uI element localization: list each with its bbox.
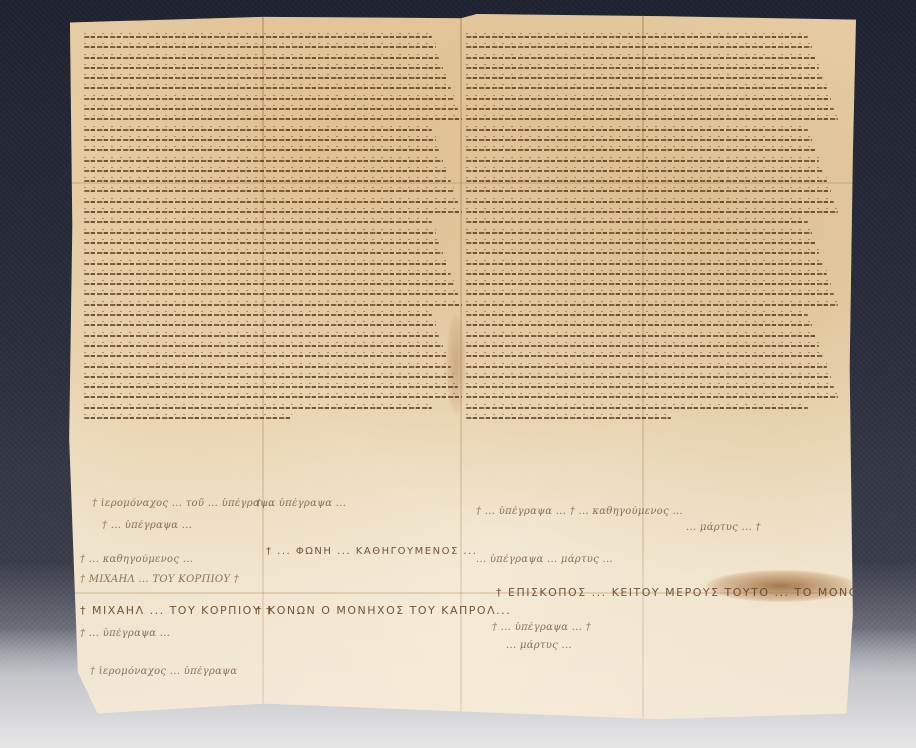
handwritten-text-line (466, 232, 812, 234)
main-text-right-column (466, 36, 838, 427)
handwritten-text-line (466, 77, 823, 79)
handwritten-text-line (466, 355, 823, 357)
signature-line: † ἱερομόναχος ... ὑπέγραψα (90, 666, 237, 677)
handwritten-text-line (84, 324, 436, 326)
handwritten-text-line (84, 242, 439, 244)
handwritten-text-line (466, 221, 808, 223)
handwritten-text-line (466, 293, 834, 295)
handwritten-text-line (84, 232, 436, 234)
signature-line: ... μάρτυς ... † (686, 522, 761, 533)
handwritten-text-line (84, 314, 432, 316)
handwritten-text-line (84, 345, 443, 347)
handwritten-text-line (84, 407, 432, 409)
handwritten-text-line (466, 36, 808, 38)
handwritten-text-line (466, 263, 823, 265)
handwritten-text-line (466, 324, 812, 326)
handwritten-text-line (84, 77, 447, 79)
handwritten-text-line (84, 221, 432, 223)
parchment-document: † ἱερομόναχος ... τοῦ ... ὑπέγραψα † ...… (66, 14, 856, 722)
handwritten-text-line (466, 273, 827, 275)
handwritten-text-line (466, 211, 838, 213)
handwritten-text-line (466, 57, 816, 59)
handwritten-text-line (466, 407, 808, 409)
handwritten-text-line (84, 118, 462, 120)
handwritten-text-line (84, 67, 443, 69)
handwritten-text-line (84, 283, 454, 285)
handwritten-text-line (466, 170, 823, 172)
handwritten-text-line (84, 190, 454, 192)
handwritten-text-line (466, 118, 838, 120)
handwritten-text-line (84, 170, 447, 172)
main-text-left-column (84, 36, 462, 427)
handwritten-text-line (84, 417, 292, 419)
handwritten-text-line (466, 345, 819, 347)
handwritten-text-line (84, 180, 451, 182)
handwritten-text-line (466, 376, 831, 378)
handwritten-text-line (84, 304, 462, 306)
handwritten-text-line (466, 67, 819, 69)
signature-line: † ΜΙΧΑΗΛ ... ΤΟΥ ΚΟΡΠΙΟΥ † (80, 604, 273, 617)
handwritten-text-line (84, 46, 436, 48)
signature-line: † ... ὑπέγραψα ... † (492, 622, 591, 633)
handwritten-text-line (466, 190, 831, 192)
handwritten-text-line (466, 129, 808, 131)
handwritten-text-line (466, 242, 816, 244)
signature-line: † ἱερομόναχος ... τοῦ ... ὑπέγραψα (92, 498, 275, 509)
handwritten-text-line (84, 98, 454, 100)
handwritten-text-line (466, 160, 819, 162)
handwritten-text-line (466, 335, 816, 337)
signature-line: † ... ΦΩΝΗ ... ΚΑΘΗΓΟΥΜΕΝΟΣ ... (266, 546, 477, 557)
handwritten-text-line (84, 293, 458, 295)
signature-line: ... ὑπέγραψα ... μάρτυς ... (476, 554, 613, 565)
handwritten-text-line (84, 376, 454, 378)
signature-line: † ... ὑπέγραψα ... (102, 520, 192, 531)
handwritten-text-line (84, 87, 451, 89)
handwritten-text-line (466, 314, 808, 316)
handwritten-text-line (466, 201, 834, 203)
handwritten-text-line (466, 283, 831, 285)
handwritten-text-line (466, 180, 827, 182)
handwritten-text-line (84, 139, 436, 141)
signature-line: † ΚΟΝΩΝ Ο ΜΟΝΗΧΟΣ ΤΟΥ ΚΑΠΡΟΛ... (256, 604, 511, 617)
handwritten-text-line (466, 46, 812, 48)
handwritten-text-line (466, 98, 831, 100)
handwritten-text-line (466, 304, 838, 306)
handwritten-text-line (466, 366, 827, 368)
signature-line: † ΜΙΧΑΗΛ ... ΤΟΥ ΚΟΡΠΙΟΥ † (80, 574, 239, 585)
handwritten-text-line (84, 108, 458, 110)
handwritten-text-line (466, 139, 812, 141)
handwritten-text-line (84, 36, 432, 38)
handwritten-text-line (84, 252, 443, 254)
handwritten-text-line (466, 417, 671, 419)
handwritten-text-line (84, 386, 458, 388)
handwritten-text-line (84, 129, 432, 131)
handwritten-text-line (466, 108, 834, 110)
signature-line: † ... ὑπέγραψα ... † ... καθηγούμενος ..… (476, 506, 683, 517)
signature-line: † ... ὑπέγραψα ... (80, 628, 170, 639)
handwritten-text-line (84, 201, 458, 203)
handwritten-text-line (84, 273, 451, 275)
signature-line: † ... ὑπέγραψα ... (256, 498, 346, 509)
handwritten-text-line (84, 335, 439, 337)
handwritten-text-line (84, 396, 462, 398)
handwritten-text-line (84, 211, 462, 213)
handwritten-text-line (466, 252, 819, 254)
signature-line: † ... καθηγούμενος ... (80, 554, 193, 565)
handwritten-text-line (84, 57, 439, 59)
signature-line: † ΕΠΙΣΚΟΠΟΣ ... ΚΕΙΤΟΥ ΜΕΡΟΥΣ ΤΟΥΤΟ ... … (496, 586, 869, 599)
handwritten-text-line (84, 263, 447, 265)
handwritten-text-line (84, 355, 447, 357)
handwritten-text-line (466, 87, 827, 89)
handwritten-text-line (466, 149, 816, 151)
handwritten-text-line (466, 396, 838, 398)
handwritten-text-line (84, 366, 451, 368)
handwritten-text-line (84, 149, 439, 151)
handwritten-text-line (466, 386, 834, 388)
signature-line: ... μάρτυς ... (506, 640, 572, 651)
handwritten-text-line (84, 160, 443, 162)
